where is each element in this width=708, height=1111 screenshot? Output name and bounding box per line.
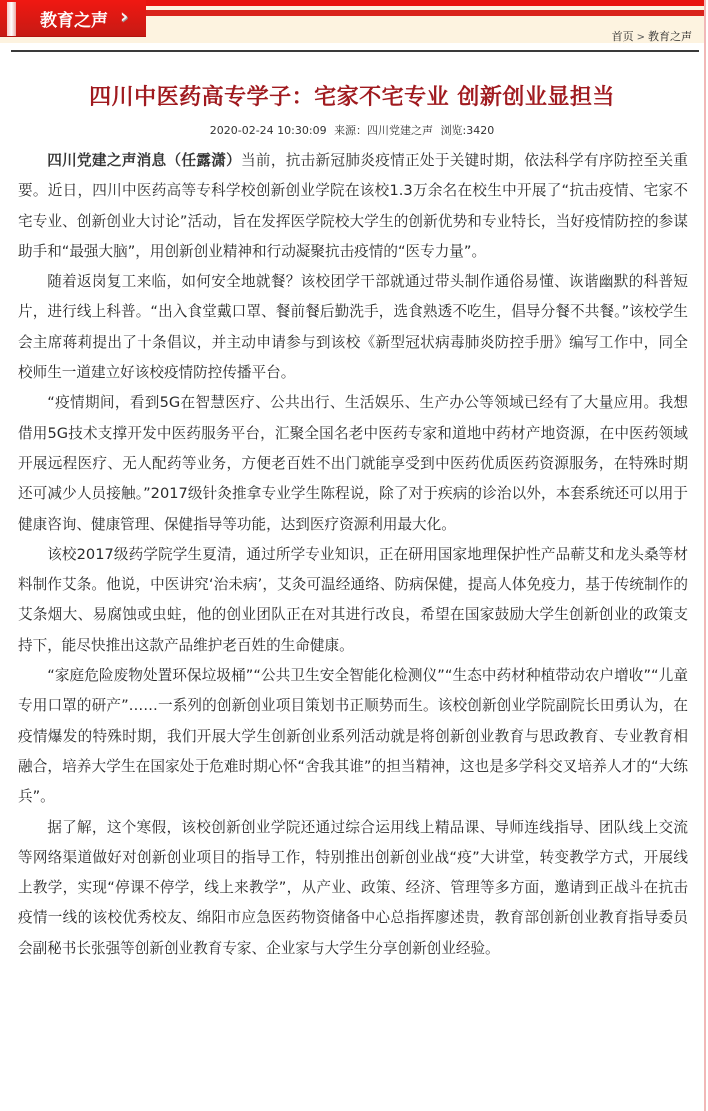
breadcrumb-separator: > xyxy=(637,32,645,43)
paragraph-text: 该校2017级药学院学生夏清，通过所学专业知识，正在研用国家地理保护性产品蕲艾和… xyxy=(18,546,688,654)
article-lead: 四川党建之声消息（任露潇） xyxy=(47,152,241,169)
page: 教育之声 › 首页>教育之声 四川中医药高专学子：宅家不宅专业 创新创业显担当 … xyxy=(0,0,706,1111)
tab-accent-bar xyxy=(7,2,16,36)
section-tab[interactable]: 教育之声 › xyxy=(0,0,146,36)
article-paragraph: 据了解，这个寒假，该校创新创业学院还通过综合运用线上精品课、导师连线指导、团队线… xyxy=(18,813,688,964)
paragraph-text: 据了解，这个寒假，该校创新创业学院还通过综合运用线上精品课、导师连线指导、团队线… xyxy=(18,819,688,957)
article-source: 来源：四川党建之声 xyxy=(334,124,433,137)
breadcrumb-home-link[interactable]: 首页 xyxy=(612,30,634,43)
article-datetime: 2020-02-24 10:30:09 xyxy=(210,124,327,137)
breadcrumb: 首页>教育之声 xyxy=(612,28,692,44)
section-tab-label: 教育之声 xyxy=(40,6,108,31)
section-header: 教育之声 › 首页>教育之声 xyxy=(0,0,704,43)
header-divider xyxy=(11,50,699,52)
article-paragraph: 该校2017级药学院学生夏清，通过所学专业知识，正在研用国家地理保护性产品蕲艾和… xyxy=(18,540,688,661)
article-title: 四川中医药高专学子：宅家不宅专业 创新创业显担当 xyxy=(0,80,704,111)
breadcrumb-current-link[interactable]: 教育之声 xyxy=(648,30,692,43)
chevron-right-icon: › xyxy=(120,4,128,28)
paragraph-text: 随着返岗复工来临，如何安全地就餐？该校团学干部就通过带头制作通俗易懂、诙谐幽默的… xyxy=(18,273,688,381)
article-body: 四川党建之声消息（任露潇）当前，抗击新冠肺炎疫情正处于关键时期，依法科学有序防控… xyxy=(18,146,688,964)
article-paragraph: 随着返岗复工来临，如何安全地就餐？该校团学干部就通过带头制作通俗易懂、诙谐幽默的… xyxy=(18,267,688,388)
article-views: 浏览:3420 xyxy=(441,124,495,137)
article-paragraph: 四川党建之声消息（任露潇）当前，抗击新冠肺炎疫情正处于关键时期，依法科学有序防控… xyxy=(18,146,688,267)
article-meta: 2020-02-24 10:30:09 来源：四川党建之声 浏览:3420 xyxy=(0,122,704,138)
paragraph-text: “疫情期间，看到5G在智慧医疗、公共出行、生活娱乐、生产办公等领域已经有了大量应… xyxy=(18,394,688,532)
article-paragraph: “疫情期间，看到5G在智慧医疗、公共出行、生活娱乐、生产办公等领域已经有了大量应… xyxy=(18,388,688,539)
paragraph-text: “家庭危险废物处置环保垃圾桶”“公共卫生安全智能化检测仪”“生态中药材种植带动农… xyxy=(18,667,688,805)
article-paragraph: “家庭危险废物处置环保垃圾桶”“公共卫生安全智能化检测仪”“生态中药材种植带动农… xyxy=(18,661,688,812)
